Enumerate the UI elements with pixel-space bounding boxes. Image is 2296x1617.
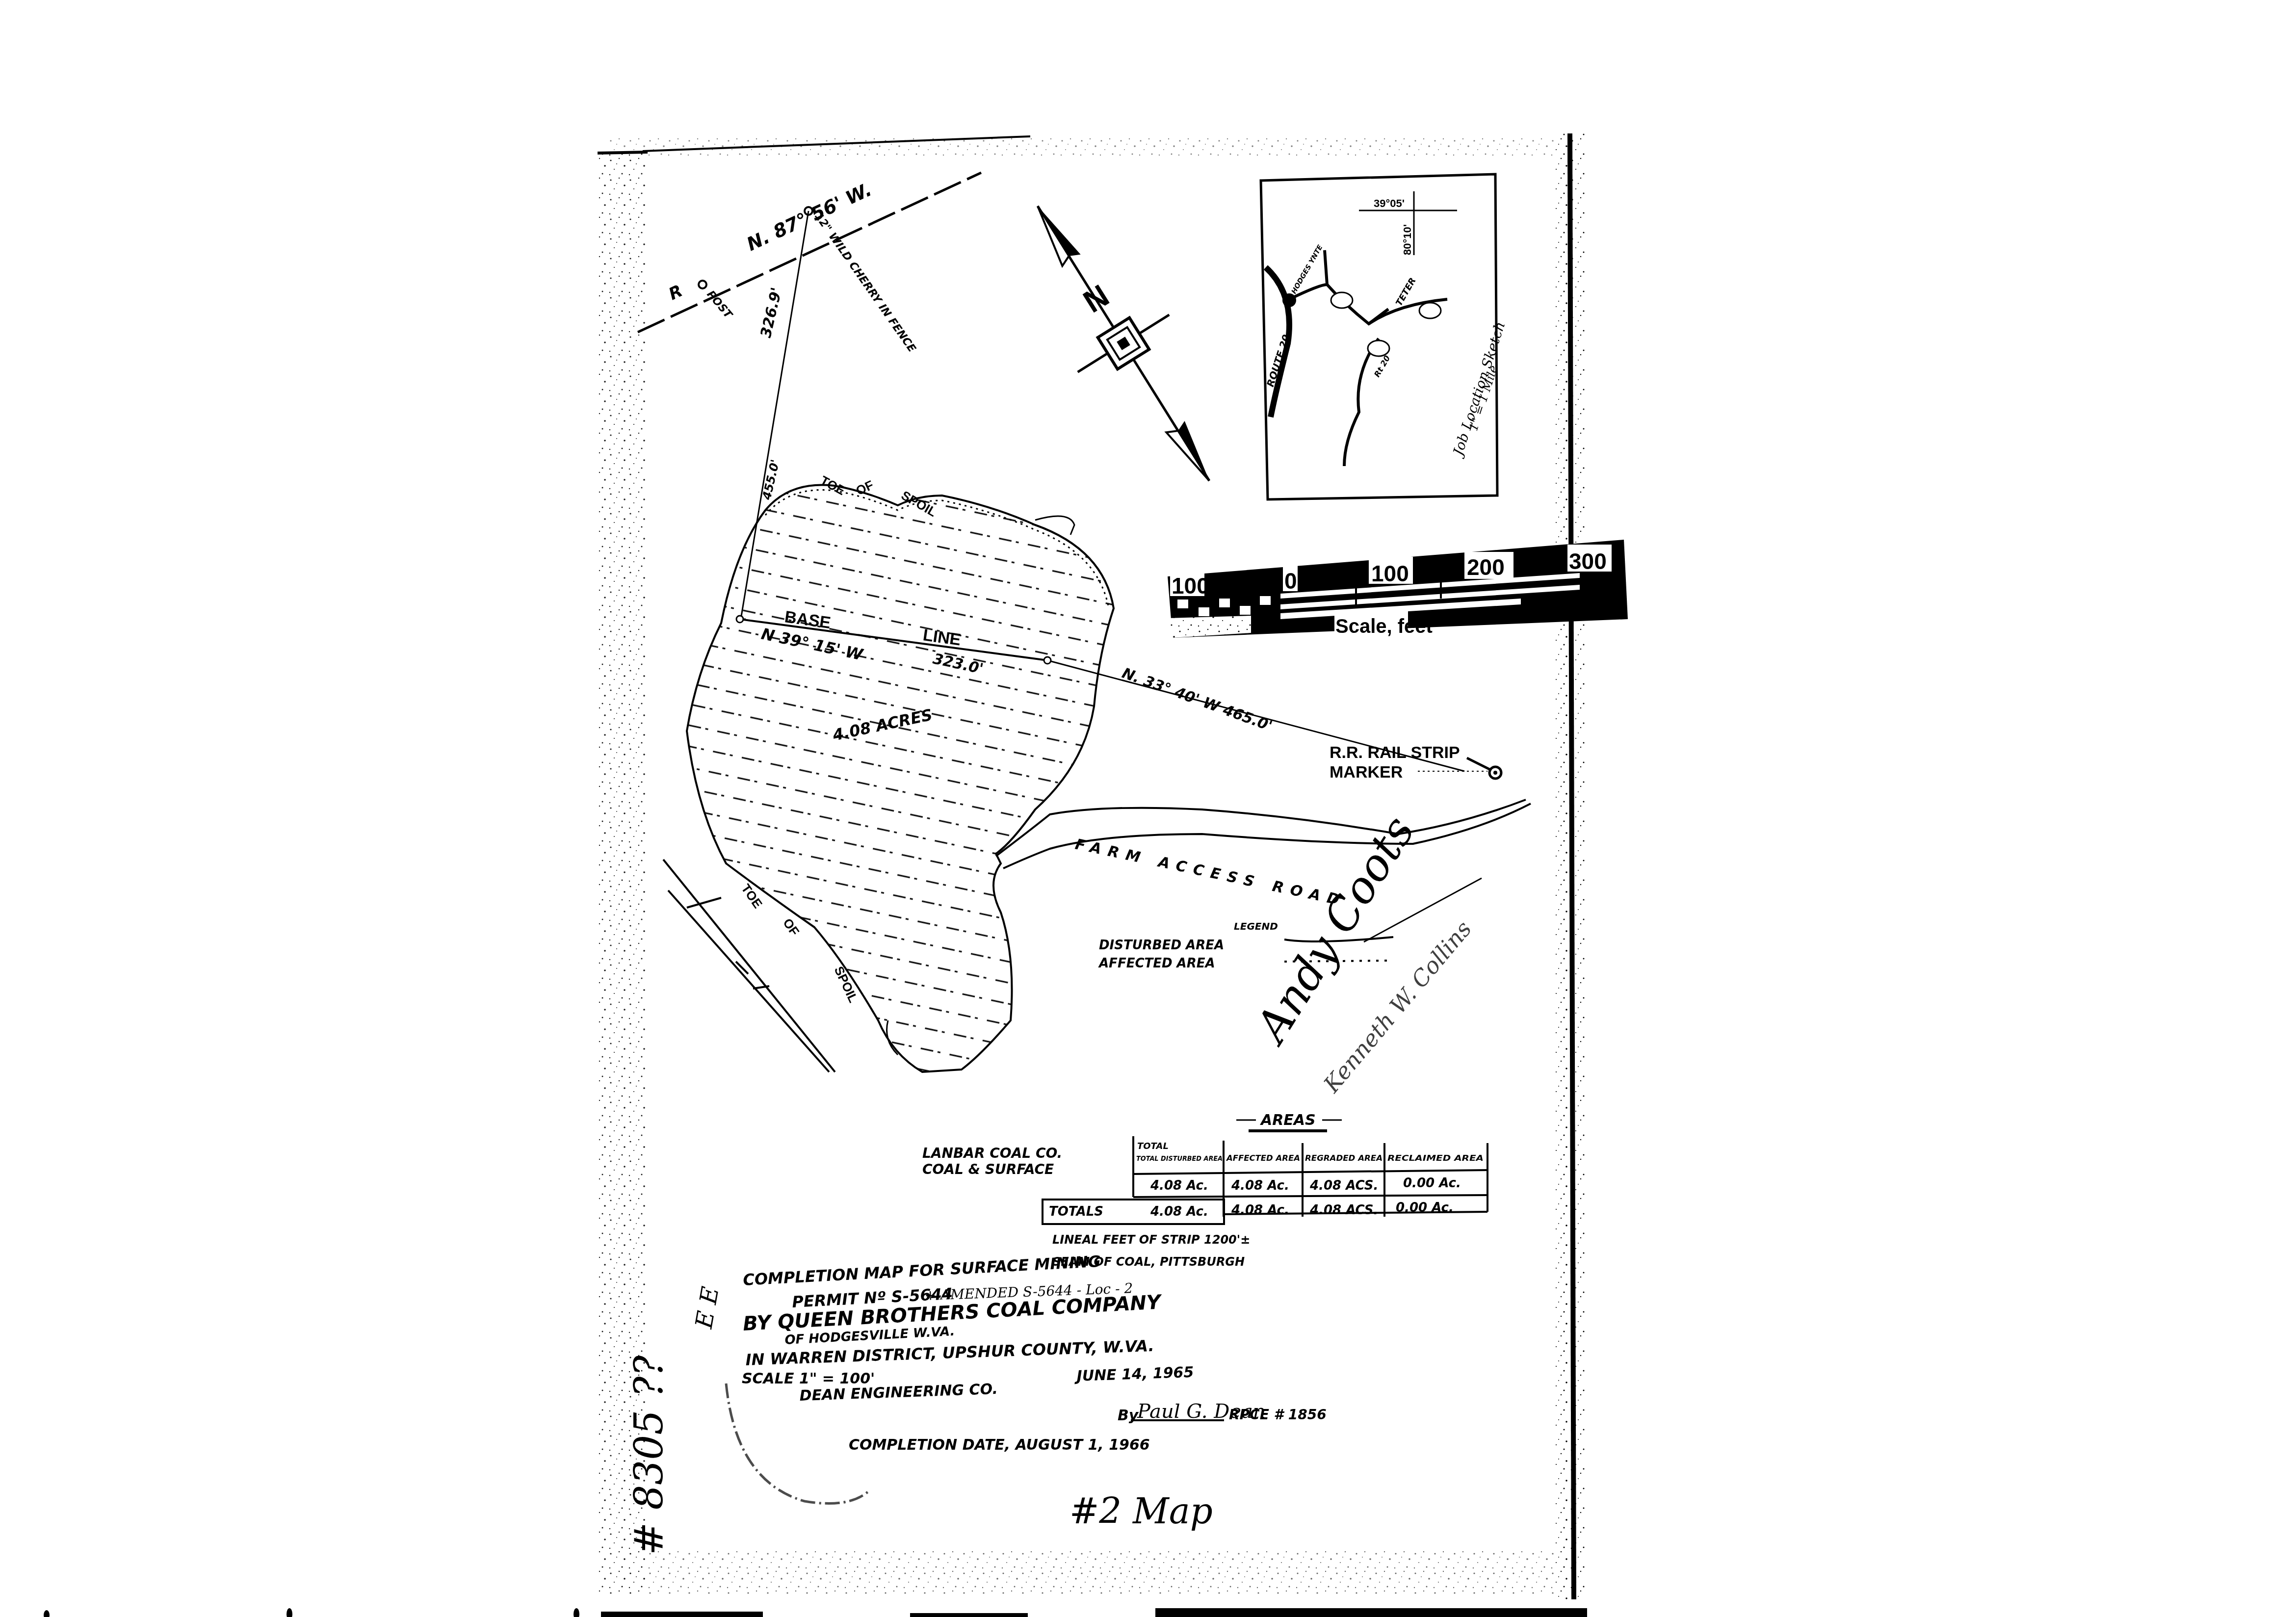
scale-tick-0: 100 bbox=[1172, 573, 1209, 599]
cell-total-affected: 4.08 Ac. bbox=[1231, 1203, 1289, 1218]
longitude-label: 80°10' bbox=[1401, 224, 1413, 255]
cell-r1-affected: 4.08 Ac. bbox=[1231, 1178, 1289, 1193]
operator-name: LANBAR COAL CO. bbox=[922, 1145, 1062, 1161]
operator-rights: COAL & SURFACE bbox=[922, 1161, 1054, 1177]
legend-item-affected: AFFECTED AREA bbox=[1098, 956, 1215, 971]
latitude-label: 39°05' bbox=[1374, 197, 1405, 209]
areas-title: AREAS bbox=[1260, 1112, 1316, 1129]
marker-label-1: R.R. RAIL STRIP bbox=[1330, 743, 1460, 762]
cell-total-disturbed: 4.08 Ac. bbox=[1150, 1204, 1208, 1219]
scale-tick-3: 200 bbox=[1467, 554, 1505, 580]
scan-bar bbox=[601, 1612, 763, 1617]
legend-item-disturbed: DISTURBED AREA bbox=[1099, 938, 1224, 953]
map-number: #2 Map bbox=[1070, 1490, 1213, 1532]
map-scale: SCALE 1" = 100' bbox=[742, 1370, 875, 1387]
marker-label-2: MARKER bbox=[1330, 763, 1403, 782]
base-line-start bbox=[736, 616, 743, 623]
cell-r1-disturbed: 4.08 Ac. bbox=[1150, 1178, 1208, 1193]
engineer-license: RPCE # 1856 bbox=[1229, 1407, 1327, 1423]
scale-caption: Scale, feet bbox=[1335, 616, 1433, 637]
scan-noise-bottom bbox=[618, 1550, 1585, 1594]
scale-tick-1: 0 bbox=[1284, 568, 1297, 594]
col-header-disturbed-1: TOTAL bbox=[1137, 1141, 1169, 1151]
scanned-document: N. 87° 56' W. POST R 12" WILD CHERRY IN … bbox=[0, 0, 2296, 1617]
cell-total-regraded: 4.08 ACS. bbox=[1309, 1203, 1378, 1218]
scan-bar bbox=[910, 1613, 1028, 1617]
margin-file-number: # 8305 ?? bbox=[626, 1355, 672, 1555]
cell-total-reclaimed: 0.00 Ac. bbox=[1396, 1200, 1454, 1215]
location-sketch: 39°05' 80°10' ROUTE 20 HODGES YNTE TETER… bbox=[1261, 174, 1509, 499]
col-header-reclaimed: RECLAIMED AREA bbox=[1387, 1153, 1484, 1163]
legend-title: LEGEND bbox=[1234, 920, 1278, 932]
scale-tick-2: 100 bbox=[1371, 561, 1409, 586]
base-line-station bbox=[1044, 657, 1051, 664]
engineer-by: By bbox=[1118, 1407, 1139, 1424]
post-marker bbox=[699, 281, 706, 288]
cell-r1-reclaimed: 0.00 Ac. bbox=[1403, 1176, 1461, 1191]
scan-bar bbox=[1155, 1608, 1587, 1617]
col-header-affected: AFFECTED AREA bbox=[1226, 1153, 1300, 1163]
lineal-feet: LINEAL FEET OF STRIP 1200'± bbox=[1052, 1233, 1250, 1247]
totals-label: TOTALS bbox=[1049, 1204, 1103, 1219]
col-header-disturbed: TOTAL DISTURBED AREA bbox=[1136, 1155, 1223, 1163]
completion-date: COMPLETION DATE, AUGUST 1, 1966 bbox=[849, 1436, 1150, 1454]
col-header-regraded: REGRADED AREA bbox=[1305, 1153, 1383, 1163]
scale-tick-4: 300 bbox=[1569, 548, 1607, 574]
cell-r1-regraded: 4.08 ACS. bbox=[1309, 1178, 1378, 1193]
